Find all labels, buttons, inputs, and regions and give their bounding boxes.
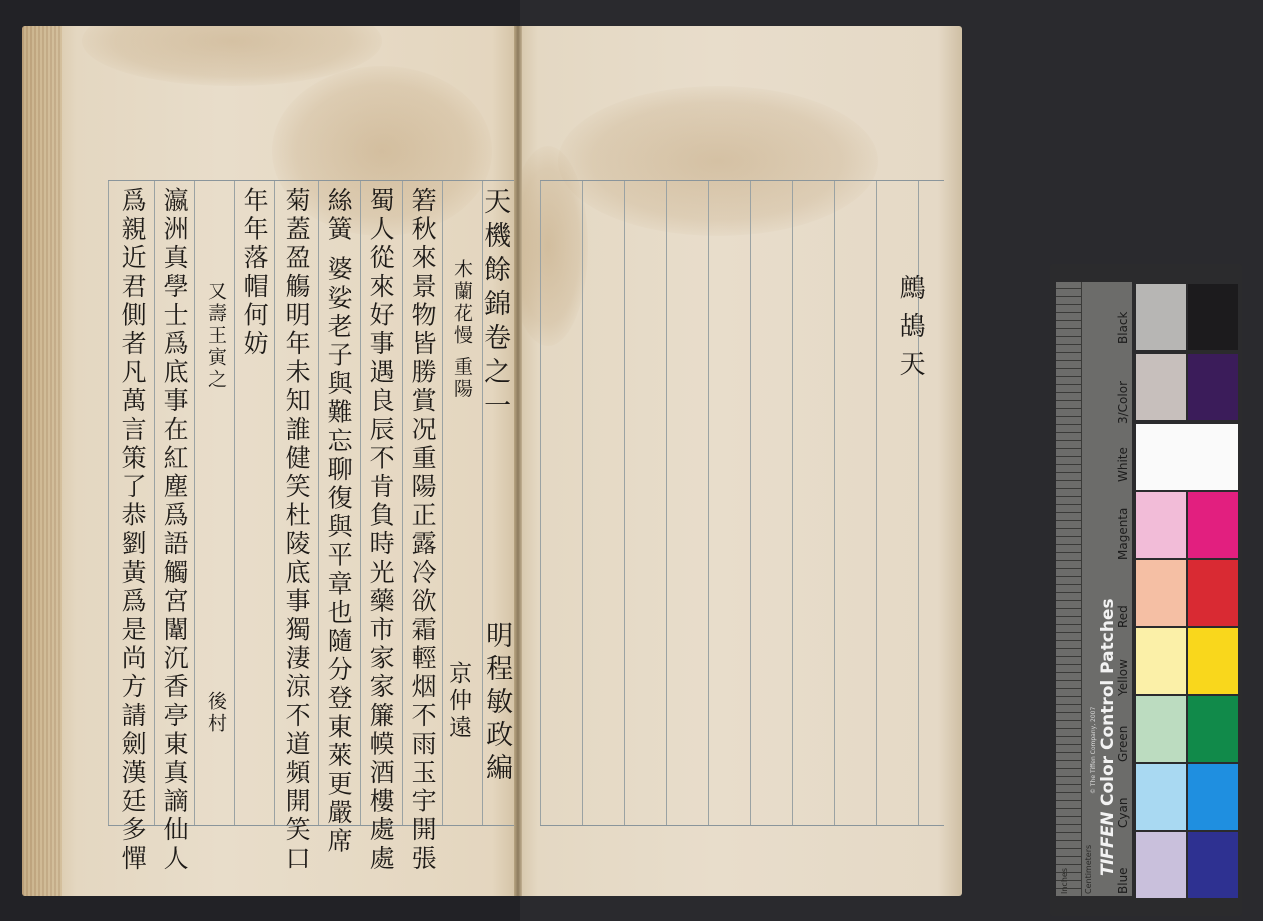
chart-title-text: Color Control Patches	[1098, 598, 1118, 806]
open-book: 天機餘錦卷之一 明程敏政編 木蘭花慢 重陽 京仲遠 箬秋來景物皆勝賞况重陽正露冷…	[22, 26, 962, 896]
chart-title: TIFFENColor Control Patches	[1098, 598, 1118, 876]
book-spine	[514, 26, 522, 896]
text-column-2: 蜀人從來好事遇良辰不肯負時光藥市家家簾幙酒樓處處	[360, 187, 400, 873]
patch-yellow-light	[1136, 628, 1186, 694]
ruler-ticks	[1056, 282, 1082, 896]
text-column-6b: 後村	[196, 691, 236, 735]
inches-label: Inches	[1060, 868, 1069, 894]
patch-white	[1136, 424, 1238, 490]
text-column-8: 爲親近君側者凡萬言策了恭劉黃爲是尚方請劍漢廷多憚	[112, 187, 152, 873]
patch-label-black: Black	[1116, 312, 1130, 344]
patch-label-red: Red	[1116, 605, 1130, 628]
tiffen-logo: TIFFEN	[1098, 812, 1118, 876]
text-column-3: 絲簧 婆娑老子與難忘聊復與平章也隨分登東萊更嚴席	[318, 187, 358, 856]
color-calibration-chart: Inches Centimeters © The Tiffen Company,…	[1050, 264, 1242, 916]
copyright: © The Tiffen Company, 2007	[1090, 707, 1097, 794]
text-column-6: 又壽王寅之	[196, 281, 236, 391]
patch-label-magenta: Magenta	[1116, 508, 1130, 560]
text-column-4: 菊蓋盈觴明年未知誰健笑杜陵底事獨淒涼不道頻開笑口	[276, 187, 316, 873]
centimeters-label: Centimeters	[1084, 845, 1093, 894]
patch-black-light	[1136, 284, 1186, 350]
ruled-frame-right	[540, 180, 944, 826]
page-edge-stack	[22, 26, 62, 896]
patch-cyan-dark	[1188, 764, 1238, 830]
right-page: 鷓鴣天	[518, 26, 962, 896]
author-column: 京仲遠	[438, 661, 478, 742]
patch-cyan-light	[1136, 764, 1186, 830]
patch-label-green: Green	[1116, 726, 1130, 762]
patch-label-3color: 3/Color	[1116, 381, 1130, 424]
patch-green-dark	[1188, 696, 1238, 762]
patch-red-light	[1136, 560, 1186, 626]
patch-blue-light	[1136, 832, 1186, 898]
right-page-heading: 鷓鴣天	[890, 274, 930, 388]
compiler-column: 明程敏政編	[476, 621, 516, 786]
patch-label-yellow: Yellow	[1116, 659, 1130, 696]
text-column-7: 瀛洲真學士爲底事在紅塵爲語觸宮闈沉香亭東真謫仙人	[154, 187, 194, 873]
patch-blue-dark	[1188, 832, 1238, 898]
patch-label-blue: Blue	[1116, 867, 1130, 894]
patch-black-dark	[1188, 284, 1238, 350]
patch-red-dark	[1188, 560, 1238, 626]
patch-label-cyan: Cyan	[1116, 798, 1130, 828]
text-column-1: 箬秋來景物皆勝賞况重陽正露冷欲霜輕烟不雨玉宇開張	[402, 187, 442, 873]
patch-magenta-dark	[1188, 492, 1238, 558]
left-page: 天機餘錦卷之一 明程敏政編 木蘭花慢 重陽 京仲遠 箬秋來景物皆勝賞况重陽正露冷…	[22, 26, 518, 896]
patch-label-white: White	[1116, 447, 1130, 482]
text-column-5: 年年落帽何妨	[234, 187, 274, 359]
subtitle-column: 木蘭花慢 重陽	[442, 259, 482, 400]
patch-yellow-dark	[1188, 628, 1238, 694]
patch-3color-light	[1136, 354, 1186, 420]
patch-magenta-light	[1136, 492, 1186, 558]
ruled-frame-left: 天機餘錦卷之一 明程敏政編 木蘭花慢 重陽 京仲遠 箬秋來景物皆勝賞况重陽正露冷…	[108, 180, 516, 826]
patch-green-light	[1136, 696, 1186, 762]
patch-3color-dark	[1188, 354, 1238, 420]
